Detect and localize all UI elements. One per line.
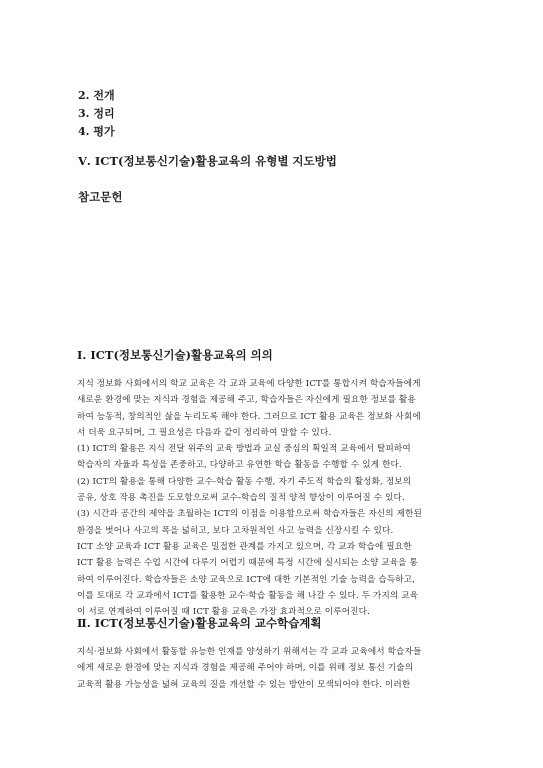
text-line: (2) ICT의 활용을 통해 다양한 교수-학습 활동 수행, 자기 주도적 … <box>77 474 469 490</box>
toc-item-summary: 3. 정리 <box>78 107 115 121</box>
text-line: (1) ICT의 활용은 지식 전달 위주의 교육 방법과 교실 중심의 획일적… <box>77 441 469 457</box>
text-line: 지식·정보화 사회에서 활동할 유능한 인재를 양성하기 위해서는 각 교과 교… <box>77 644 469 660</box>
text-line: ICT 소양 교육과 ICT 활용 교육은 밀접한 관계를 가지고 있으며, 각… <box>77 539 469 555</box>
text-line: 새로운 환경에 맞는 지식과 경험을 제공해 주고, 학습자들은 자신에게 필요… <box>77 392 469 408</box>
text-line: 교육적 활용 가능성을 넓혀 교육의 질을 개선할 수 있는 방안이 모색되어야… <box>77 677 469 693</box>
toc-item-evaluation: 4. 평가 <box>78 125 115 139</box>
text-line: ICT 활용 능력은 수업 시간에 다루기 어렵기 때문에 특정 시간에 실시되… <box>77 555 469 571</box>
text-line: 하여 이루어진다. 학습자들은 소양 교육으로 ICT에 대한 기본적인 기술 … <box>77 572 469 588</box>
section-title-lesson-plan: Ⅱ. ICT(정보통신기술)활용교육의 교수학습계획 <box>77 616 322 630</box>
text-line: 하여 능동적, 창의적인 삶을 누리도록 해야 한다. 그러므로 ICT 활용 … <box>77 409 469 425</box>
document-page: 2. 전개 3. 정리 4. 평가 Ⅴ. ICT(정보통신기술)활용교육의 유형… <box>0 0 543 768</box>
text-line: (3) 시간과 공간의 제약을 초월하는 ICT의 이점을 이용함으로써 학습자… <box>77 506 469 522</box>
section-body-lesson-plan: 지식·정보화 사회에서 활동할 유능한 인재를 양성하기 위해서는 각 교과 교… <box>77 644 469 693</box>
text-line: 학습자의 자율과 특성을 존중하고, 다양하고 유연한 학습 활동을 수행할 수… <box>77 457 469 473</box>
text-line: 공유, 상호 작용 촉진을 도모함으로써 교수-학습의 질적 양적 향상이 이루… <box>77 490 469 506</box>
toc-item-development: 2. 전개 <box>78 89 115 103</box>
text-line: 지식 정보화 사회에서의 학교 교육은 각 교과 교육에 다양한 ICT를 통합… <box>77 376 469 392</box>
toc-references: 참고문헌 <box>78 190 122 204</box>
text-line: 환경을 벗어나 사고의 폭을 넓히고, 보다 고차원적인 사고 능력을 신장시킬… <box>77 523 469 539</box>
text-line: 서 더욱 요구되며, 그 필요성은 다음과 같이 정리하여 말할 수 있다. <box>77 425 469 441</box>
section-title-significance: Ⅰ. ICT(정보통신기술)활용교육의 의의 <box>77 348 273 362</box>
toc-chapter-5: Ⅴ. ICT(정보통신기술)활용교육의 유형별 지도방법 <box>78 154 337 168</box>
text-line: 이를 토대로 각 교과에서 ICT를 활용한 교수·학습 활동을 해 나갈 수 … <box>77 588 469 604</box>
text-line: 에게 새로운 환경에 맞는 지식과 경험을 제공해 주어야 하며, 이를 위해 … <box>77 660 469 676</box>
section-body-significance: 지식 정보화 사회에서의 학교 교육은 각 교과 교육에 다양한 ICT를 통합… <box>77 376 469 620</box>
